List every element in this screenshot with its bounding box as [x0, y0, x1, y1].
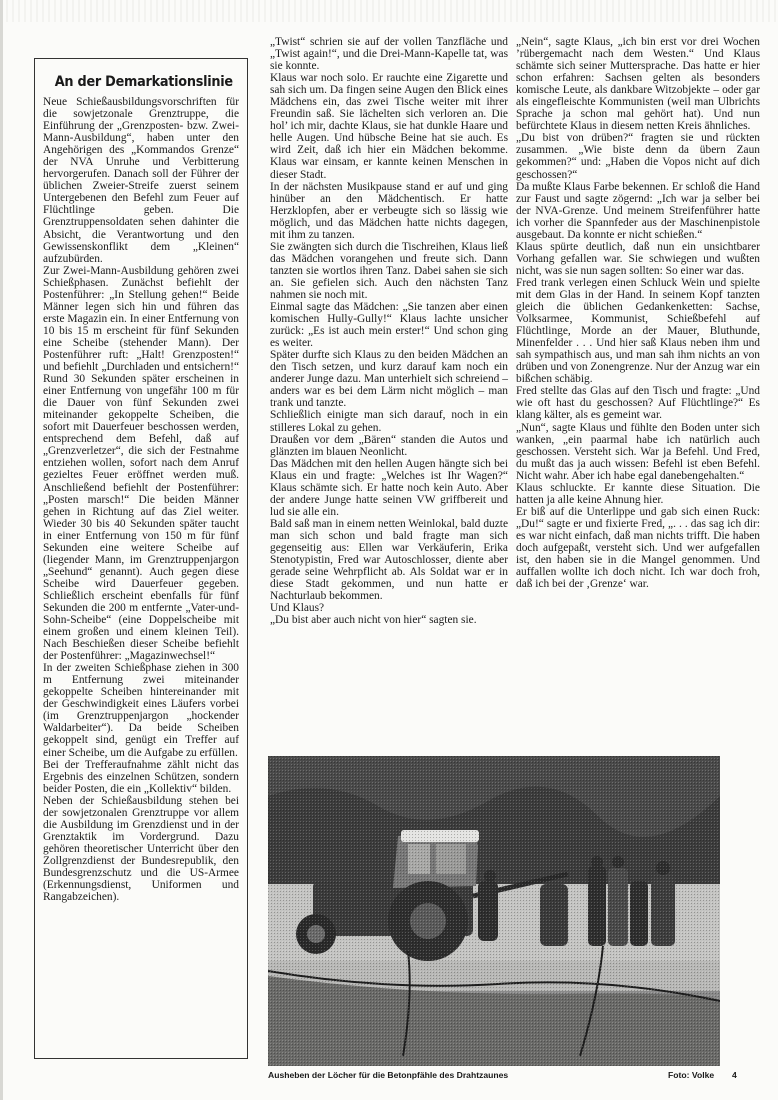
story-paragraph: Bald saß man in einem netten Weinlokal, …	[270, 518, 508, 602]
sidebar-paragraph: Zur Zwei-Mann-Ausbildung gehören zwei Sc…	[43, 265, 239, 663]
sidebar-paragraph: Bei der Trefferaufnahme zählt nicht das …	[43, 759, 239, 795]
story-column-right: „Nein“, sagte Klaus, „ich bin erst vor d…	[516, 36, 760, 590]
story-column-middle: „Twist“ schrien sie auf der vollen Tanzf…	[270, 36, 508, 626]
sidebar-title: An der Demarkationslinie	[55, 73, 227, 90]
story-paragraph: „Nun“, sagte Klaus und fühlte den Boden …	[516, 422, 760, 482]
story-paragraph: „Du bist von drüben?“ fragten sie und rü…	[516, 132, 760, 180]
story-paragraph: Fred trank verlegen einen Schluck Wein u…	[516, 277, 760, 385]
news-photo	[268, 756, 720, 1066]
story-paragraph: Und Klaus?	[270, 602, 508, 614]
sidebar-text: Neue Schießausbildungsvorschriften für d…	[43, 96, 239, 903]
page-edge	[0, 0, 3, 1100]
story-paragraph: Schließlich einigte man sich darauf, noc…	[270, 409, 508, 433]
sidebar-box: An der Demarkationslinie Neue Schießausb…	[34, 58, 248, 1059]
sidebar-paragraph: Neue Schießausbildungsvorschriften für d…	[43, 96, 239, 265]
photo-credit: Foto: Volke	[668, 1070, 714, 1080]
story-paragraph: „Du bist aber auch nicht von hier“ sagte…	[270, 614, 508, 626]
story-paragraph: Fred stellte das Glas auf den Tisch und …	[516, 385, 760, 421]
story-paragraph: Klaus spürte deutlich, daß nun ein unsic…	[516, 241, 760, 277]
story-paragraph: Klaus schluckte. Er kannte diese Situati…	[516, 482, 760, 506]
story-paragraph: Da mußte Klaus Farbe bekennen. Er schloß…	[516, 181, 760, 241]
photo-caption-bar: Ausheben der Löcher für die Betonpfähle …	[268, 1070, 770, 1084]
story-paragraph: Sie zwängten sich durch die Tischreihen,…	[270, 241, 508, 301]
story-paragraph: „Twist“ schrien sie auf der vollen Tanzf…	[270, 36, 508, 72]
story-paragraph: Draußen vor dem „Bären“ standen die Auto…	[270, 434, 508, 458]
scan-noise-top	[0, 0, 778, 22]
story-paragraph: In der nächsten Musikpause stand er auf …	[270, 181, 508, 241]
story-paragraph: Er biß auf die Unterlippe und gab sich e…	[516, 506, 760, 590]
story-paragraph: Klaus war noch solo. Er rauchte eine Zig…	[270, 72, 508, 180]
sidebar-paragraph: In der zweiten Schießphase ziehen in 300…	[43, 662, 239, 758]
page-number: 4	[732, 1070, 737, 1080]
story-paragraph: „Nein“, sagte Klaus, „ich bin erst vor d…	[516, 36, 760, 132]
photo-caption: Ausheben der Löcher für die Betonpfähle …	[268, 1070, 508, 1080]
story-paragraph: Das Mädchen mit den hellen Augen hängte …	[270, 458, 508, 518]
story-paragraph: Einmal sagte das Mädchen: „Sie tanzen ab…	[270, 301, 508, 349]
sidebar-paragraph: Neben der Schießausbildung stehen bei de…	[43, 795, 239, 903]
story-paragraph: Später durfte sich Klaus zu den beiden M…	[270, 349, 508, 409]
